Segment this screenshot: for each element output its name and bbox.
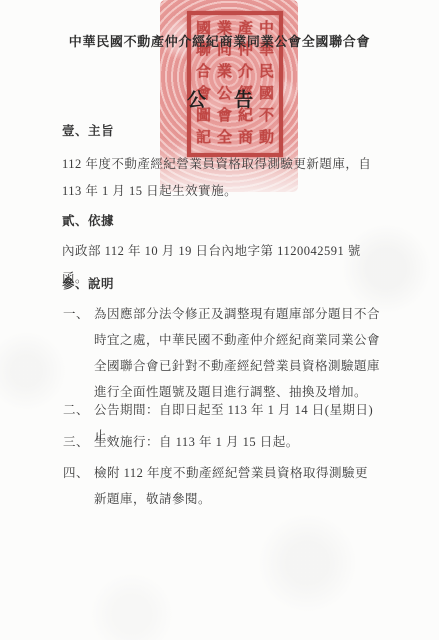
explanation-item: 四、 檢附 112 年度不動產經紀營業員資格取得測驗更新題庫，敬請參閱。 <box>63 460 380 512</box>
explanation-item: 三、 生效施行：自 113 年 1 月 15 日起。 <box>63 429 380 455</box>
organization-title: 中華民國不動產仲介經紀商業同業公會全國聯合會 <box>0 31 439 50</box>
item-number-label: 三、 <box>63 429 94 455</box>
announcement-heading: 公告 <box>187 85 281 112</box>
item-text: 生效施行：自 113 年 1 月 15 日起。 <box>94 429 380 455</box>
item-number-label: 四、 <box>63 460 94 512</box>
section-heading-explanation: 參、說明 <box>62 271 380 298</box>
explanation-item: 一、 為因應部分法令修正及調整現有題庫部分題目不合時宜之處，中華民國不動產仲介經… <box>63 301 380 405</box>
announcement-document: 國聯合會圖記 業同業公會全 產仲介經紀商 中華民國不動 中華民國不動產仲介經紀商… <box>0 0 439 640</box>
section-heading-basis: 貳、依據 <box>62 208 380 235</box>
subject-paragraph: 112 年度不動產經紀營業員資格取得測驗更新題庫，自 113 年 1 月 15 … <box>62 151 380 205</box>
section-heading-subject: 壹、主旨 <box>62 118 380 145</box>
item-text: 為因應部分法令修正及調整現有題庫部分題目不合時宜之處，中華民國不動產仲介經紀商業… <box>94 301 380 405</box>
item-text: 檢附 112 年度不動產經紀營業員資格取得測驗更新題庫，敬請參閱。 <box>94 460 380 512</box>
item-number-label: 一、 <box>63 301 94 405</box>
